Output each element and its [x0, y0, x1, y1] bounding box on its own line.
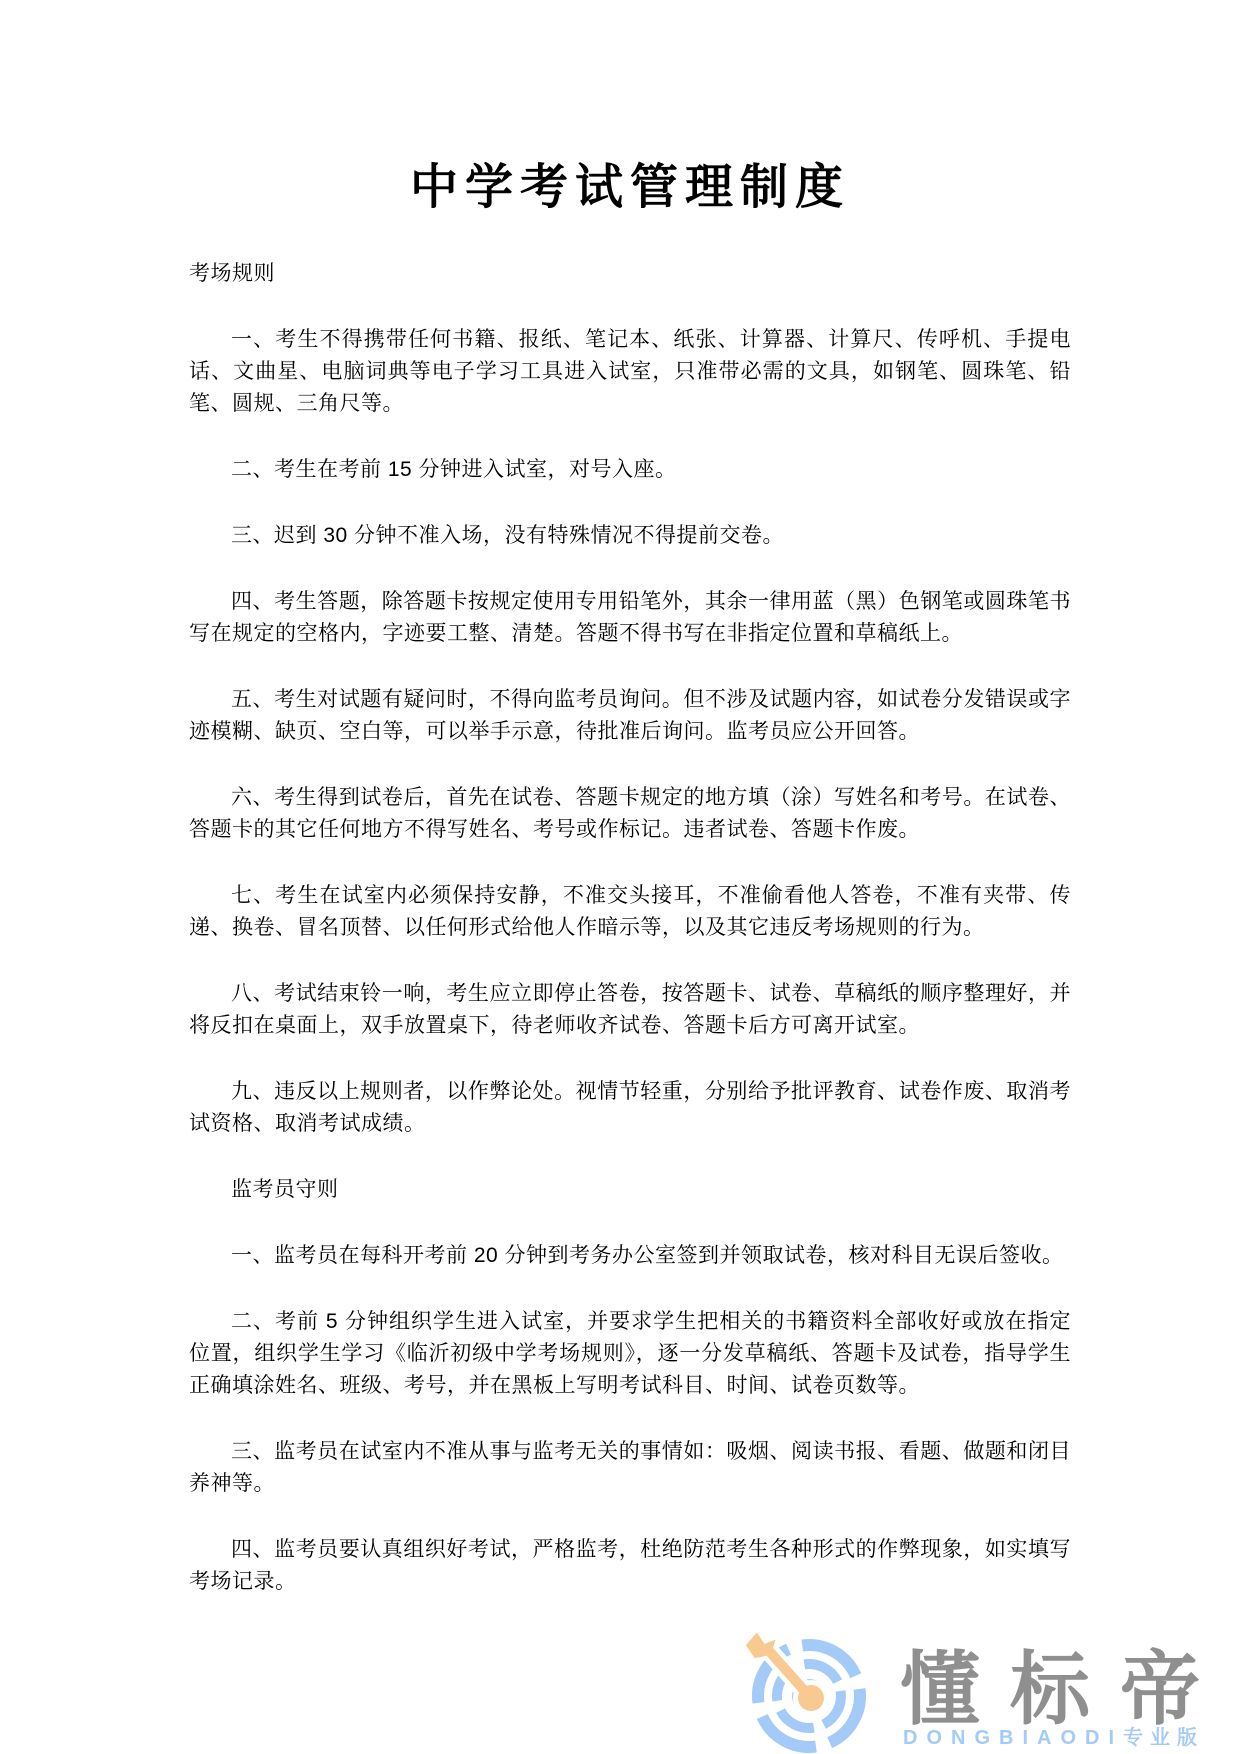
- watermark-edition-text: 专业版: [1123, 1727, 1204, 1749]
- document-sections: 考场规则一、考生不得携带任何书籍、报纸、笔记本、纸张、计算器、计算尺、传呼机、手…: [189, 258, 1071, 1598]
- section-0-paragraph-5: 六、考生得到试卷后，首先在试卷、答题卡规定的地方填（涂）写姓名和考号。在试卷、答…: [189, 782, 1071, 846]
- dongbiaodi-target-arrow-logo-icon: [740, 1628, 866, 1754]
- section-0-paragraph-3: 四、考生答题，除答题卡按规定使用专用铅笔外，其余一律用蓝（黑）色钢笔或圆珠笔书写…: [189, 586, 1071, 650]
- section-0-paragraph-1: 二、考生在考前 15 分钟进入试室，对号入座。: [189, 454, 1071, 486]
- section-0-paragraph-0: 一、考生不得携带任何书籍、报纸、笔记本、纸张、计算器、计算尺、传呼机、手提电话、…: [189, 324, 1071, 420]
- watermark-subtitle: DONGBIAODI专业版: [903, 1726, 1204, 1750]
- section-0-paragraph-6: 七、考生在试室内必须保持安静，不准交头接耳，不准偷看他人答卷，不准有夹带、传递、…: [189, 880, 1071, 944]
- section-heading-1: 监考员守则: [189, 1174, 1071, 1206]
- section-1-paragraph-0: 一、监考员在每科开考前 20 分钟到考务办公室签到并领取试卷，核对科目无误后签收…: [189, 1240, 1071, 1272]
- section-1-paragraph-1: 二、考前 5 分钟组织学生进入试室，并要求学生把相关的书籍资料全部收好或放在指定…: [189, 1306, 1071, 1402]
- section-0-paragraph-2: 三、迟到 30 分钟不准入场，没有特殊情况不得提前交卷。: [189, 520, 1071, 552]
- page-title: 中学考试管理制度: [189, 162, 1071, 214]
- section-0-paragraph-7: 八、考试结束铃一响，考生应立即停止答卷，按答题卡、试卷、草稿纸的顺序整理好，并将…: [189, 978, 1071, 1042]
- section-1-paragraph-3: 四、监考员要认真组织好考试，严格监考，杜绝防范考生各种形式的作弊现象，如实填写考…: [189, 1534, 1071, 1598]
- section-heading-0: 考场规则: [189, 258, 1071, 290]
- section-0-paragraph-8: 九、违反以上规则者，以作弊论处。视情节轻重，分别给予批评教育、试卷作废、取消考试…: [189, 1076, 1071, 1140]
- document-page: 中学考试管理制度 考场规则一、考生不得携带任何书籍、报纸、笔记本、纸张、计算器、…: [0, 0, 1241, 1754]
- watermark-romanized-text: DONGBIAODI: [903, 1727, 1123, 1749]
- document-content: 中学考试管理制度 考场规则一、考生不得携带任何书籍、报纸、笔记本、纸张、计算器、…: [189, 0, 1071, 1632]
- section-1-paragraph-2: 三、监考员在试室内不准从事与监考无关的事情如：吸烟、阅读书报、看题、做题和闭目养…: [189, 1436, 1071, 1500]
- watermark-brand-text: 懂标帝: [900, 1650, 1230, 1730]
- section-0-paragraph-4: 五、考生对试题有疑问时，不得向监考员询问。但不涉及试题内容，如试卷分发错误或字迹…: [189, 684, 1071, 748]
